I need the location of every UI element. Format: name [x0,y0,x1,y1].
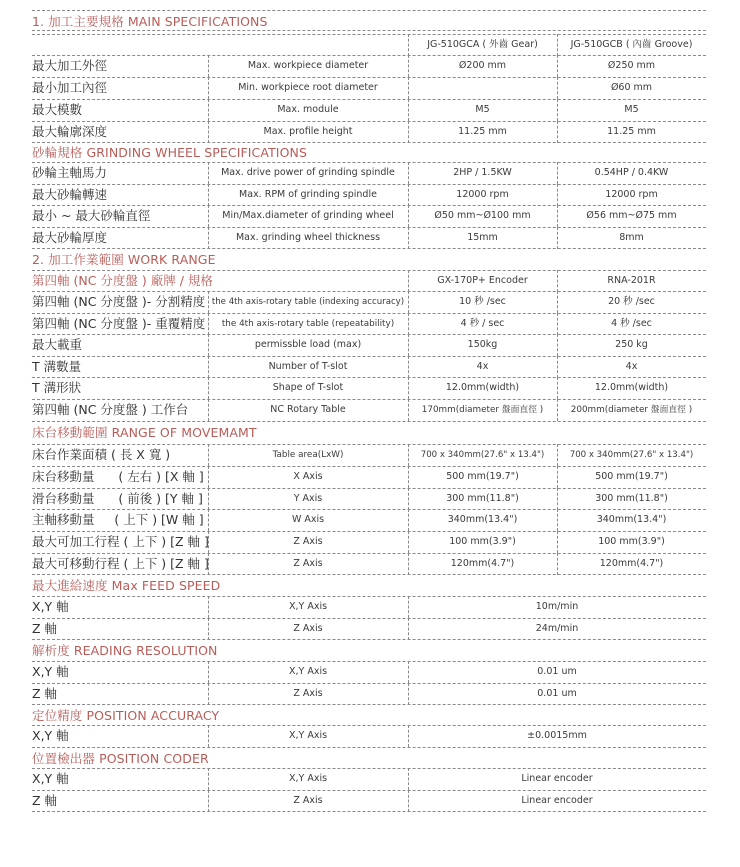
section-title-accuracy: 定位精度 POSITION ACCURACY [32,706,219,724]
row-label-zh: 最大可加工行程 ( 上下 ) [Z 軸 ] [32,531,208,553]
row-label-en: Min/Max.diameter of grinding wheel [208,205,408,227]
value-b: 4 秒 /sec [557,313,706,335]
value-b: 12.0mm(width) [557,377,706,399]
value: 10m/min [408,596,706,618]
section-title-feed: 最大進給速度 Max FEED SPEED [32,576,220,594]
table-row: T 溝數量 Number of T-slot 4x 4x [32,356,706,378]
row-label-en: Max. module [208,99,408,121]
row-label-zh: 床台作業面積 ( 長 X 寬 ) [32,444,208,466]
section-title-main: 1. 加工主要規格 MAIN SPECIFICATIONS [32,12,268,30]
value-b: 700 x 340mm(27.6" x 13.4") [557,444,706,466]
row-label-zh: 最大可移動行程 ( 上下 ) [Z 軸 ] [32,553,208,575]
value-b: 300 mm(11.8") [557,488,706,510]
value-b: Ø56 mm~Ø75 mm [557,205,706,227]
table-row: 第四軸 (NC 分度盤 )- 分割精度 the 4th axis-rotary … [32,291,706,313]
table-row: 最大砂輪厚度 Max. grinding wheel thickness 15m… [32,227,706,249]
row-label-en: Table area(LxW) [208,444,408,466]
row-label-zh: X,Y 軸 [32,661,208,683]
value-a: 4 秒 / sec [408,313,557,335]
row-label-en: the 4th axis-rotary table (repeatability… [208,313,408,335]
row-label-en: Max. RPM of grinding spindle [208,184,408,206]
table-row: 最大砂輪轉速 Max. RPM of grinding spindle 1200… [32,184,706,206]
rule [32,30,706,31]
row-label-zh: Z 軸 [32,683,208,705]
row-label-en: Max. profile height [208,121,408,143]
table-row: 最大可加工行程 ( 上下 ) [Z 軸 ] Z Axis 100 mm(3.9"… [32,531,706,553]
table-row: 床台移動量 ( 左右 ) [X 軸 ] X Axis 500 mm(19.7")… [32,466,706,488]
value: 0.01 um [408,683,706,705]
value-a: 700 x 340mm(27.6" x 13.4") [408,444,557,466]
value-a: Ø50 mm~Ø100 mm [408,205,557,227]
value-a: M5 [408,99,557,121]
table-row: Z 軸 Z Axis 0.01 um [32,683,706,705]
table-row: X,Y 軸 X,Y Axis Linear encoder [32,768,706,790]
table-row: X,Y 軸 X,Y Axis 10m/min [32,596,706,618]
value: ±0.0015mm [408,725,706,747]
table-row: 滑台移動量 ( 前後 ) [Y 軸 ] Y Axis 300 mm(11.8")… [32,488,706,510]
value-b: 0.54HP / 0.4KW [557,162,706,184]
row-label-en: Z Axis [208,790,408,812]
value-b: 12000 rpm [557,184,706,206]
value-b: 500 mm(19.7") [557,466,706,488]
rule [32,10,706,11]
value-b: 4x [557,356,706,378]
row-label-en: X,Y Axis [208,768,408,790]
value-b: 11.25 mm [557,121,706,143]
table-row: 最大模數 Max. module M5 M5 [32,99,706,121]
value-a: 10 秒 /sec [408,291,557,313]
value-b: 340mm(13.4") [557,509,706,531]
section-title-coder: 位置檢出器 POSITION CODER [32,749,209,767]
row-label-en: Max. workpiece diameter [208,55,408,77]
value-a: 500 mm(19.7") [408,466,557,488]
value-a: 12.0mm(width) [408,377,557,399]
value-b: RNA-201R [557,270,706,292]
table-row: 床台作業面積 ( 長 X 寬 ) Table area(LxW) 700 x 3… [32,444,706,466]
value-a: 120mm(4.7") [408,553,557,575]
row-label-en: Z Axis [208,531,408,553]
row-label-zh: 最小 ~ 最大砂輪直徑 [32,205,208,227]
table-row: 砂輪主軸馬力 Max. drive power of grinding spin… [32,162,706,184]
table-row: Z 軸 Z Axis 24m/min [32,618,706,640]
header-row: JG-510GCA ( 外齒 Gear) JG-510GCB ( 內齒 Groo… [32,34,706,56]
row-label-zh: 第四軸 (NC 分度盤 ) 工作台 [32,399,208,421]
row-label-en: Shape of T-slot [208,377,408,399]
row-label-en: NC Rotary Table [208,399,408,421]
row-label-zh: 最大加工外徑 [32,55,208,77]
row-label-en: permissble load (max) [208,334,408,356]
row-label-en: X,Y Axis [208,725,408,747]
brand-row: 第四軸 (NC 分度盤 ) 廠牌 / 規格 GX-170P+ Encoder R… [32,270,706,292]
row-label-zh: 床台移動量 ( 左右 ) [X 軸 ] [32,466,208,488]
row-label-en: Z Axis [208,553,408,575]
value-a: 340mm(13.4") [408,509,557,531]
value-a: 100 mm(3.9") [408,531,557,553]
value-b: Ø60 mm [557,77,706,99]
row-label-zh: 第四軸 (NC 分度盤 )- 分割精度 [32,291,208,313]
table-row: 最大可移動行程 ( 上下 ) [Z 軸 ] Z Axis 120mm(4.7")… [32,553,706,575]
row-label-en: X,Y Axis [208,596,408,618]
row-label-zh: Z 軸 [32,790,208,812]
section-title-grinding: 砂輪規格 GRINDING WHEEL SPECIFICATIONS [32,143,307,161]
row-label-en: X,Y Axis [208,661,408,683]
table-row: 最大載重 permissble load (max) 150kg 250 kg [32,334,706,356]
table-row: 最大輪廓深度 Max. profile height 11.25 mm 11.2… [32,121,706,143]
row-label-en: Min. workpiece root diameter [208,77,408,99]
table-row: 主軸移動量 ( 上下 ) [W 軸 ] W Axis 340mm(13.4") … [32,509,706,531]
table-row: 第四軸 (NC 分度盤 )- 重覆精度 the 4th axis-rotary … [32,313,706,335]
section-title-resolution: 解析度 READING RESOLUTION [32,641,218,659]
value-a [408,77,557,99]
brand-label: 第四軸 (NC 分度盤 ) 廠牌 / 規格 [32,270,208,292]
value-b: 250 kg [557,334,706,356]
table-row: 最小加工內徑 Min. workpiece root diameter Ø60 … [32,77,706,99]
row-label-en: Y Axis [208,488,408,510]
row-label-zh: 最大載重 [32,334,208,356]
value-a: 300 mm(11.8") [408,488,557,510]
table-row: 第四軸 (NC 分度盤 ) 工作台 NC Rotary Table 170mm(… [32,399,706,421]
value: 0.01 um [408,661,706,683]
row-label-zh: T 溝形狀 [32,377,208,399]
row-label-zh: 最大模數 [32,99,208,121]
row-label-en: X Axis [208,466,408,488]
row-label-en: the 4th axis-rotary table (indexing accu… [208,291,408,313]
model-b-header: JG-510GCB ( 內齒 Groove) [557,34,706,56]
value: 24m/min [408,618,706,640]
table-row: T 溝形狀 Shape of T-slot 12.0mm(width) 12.0… [32,377,706,399]
value-b: Ø250 mm [557,55,706,77]
value-a: 12000 rpm [408,184,557,206]
value-a: 150kg [408,334,557,356]
value: Linear encoder [408,768,706,790]
value-b: 200mm(diameter 盤面直徑 ) [557,399,706,421]
row-label-zh: 最大砂輪轉速 [32,184,208,206]
row-label-zh: X,Y 軸 [32,596,208,618]
value-a: 4x [408,356,557,378]
row-label-zh: 主軸移動量 ( 上下 ) [W 軸 ] [32,509,208,531]
value-b: 20 秒 /sec [557,291,706,313]
table-row: X,Y 軸 X,Y Axis ±0.0015mm [32,725,706,747]
value-a: Ø200 mm [408,55,557,77]
model-a-header: JG-510GCA ( 外齒 Gear) [408,34,557,56]
row-label-en: Z Axis [208,683,408,705]
section-title-movement: 床台移動範圍 RANGE OF MOVEMAMT [32,423,257,441]
value-b: 8mm [557,227,706,249]
row-label-en: Z Axis [208,618,408,640]
row-label-en: W Axis [208,509,408,531]
value: Linear encoder [408,790,706,812]
row-label-zh: Z 軸 [32,618,208,640]
row-label-zh: T 溝數量 [32,356,208,378]
value-a: 11.25 mm [408,121,557,143]
row-label-zh: 最大輪廓深度 [32,121,208,143]
row-label-zh: 砂輪主軸馬力 [32,162,208,184]
row-label-zh: 最小加工內徑 [32,77,208,99]
row-label-en: Number of T-slot [208,356,408,378]
section-title-work-range: 2. 加工作業範圍 WORK RANGE [32,250,216,268]
value-a: 15mm [408,227,557,249]
row-label-zh: 滑台移動量 ( 前後 ) [Y 軸 ] [32,488,208,510]
table-row: 最小 ~ 最大砂輪直徑 Min/Max.diameter of grinding… [32,205,706,227]
value-b: M5 [557,99,706,121]
table-row: X,Y 軸 X,Y Axis 0.01 um [32,661,706,683]
value-a: 2HP / 1.5KW [408,162,557,184]
row-label-en: Max. drive power of grinding spindle [208,162,408,184]
row-label-zh: 最大砂輪厚度 [32,227,208,249]
table-row: 最大加工外徑 Max. workpiece diameter Ø200 mm Ø… [32,55,706,77]
row-label-zh: X,Y 軸 [32,768,208,790]
value-a: 170mm(diameter 盤面直徑 ) [408,399,557,421]
row-label-en: Max. grinding wheel thickness [208,227,408,249]
row-label-zh: X,Y 軸 [32,725,208,747]
row-label-zh: 第四軸 (NC 分度盤 )- 重覆精度 [32,313,208,335]
table-row: Z 軸 Z Axis Linear encoder [32,790,706,812]
value-b: 100 mm(3.9") [557,531,706,553]
value-a: GX-170P+ Encoder [408,270,557,292]
value-b: 120mm(4.7") [557,553,706,575]
